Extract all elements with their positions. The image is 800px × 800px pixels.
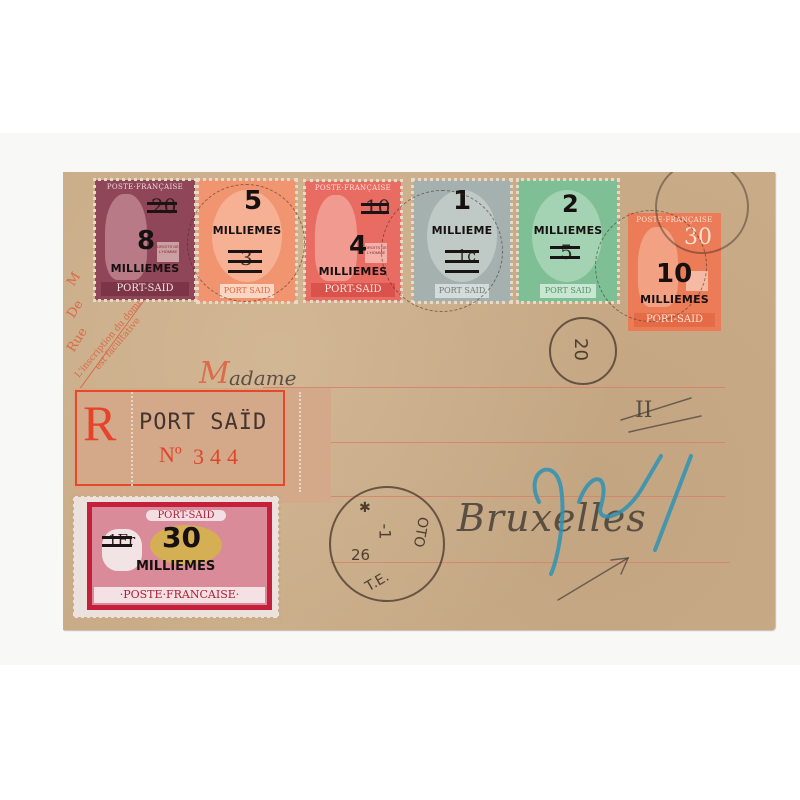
postal-card: M De Rue L'inscription du domicile est f… xyxy=(63,172,775,630)
pencil-strokes-overlay xyxy=(63,172,775,630)
arrow-shaft xyxy=(558,558,628,600)
pencil-dash-upper xyxy=(621,398,691,420)
blue-pencil-mark xyxy=(535,456,691,574)
pencil-dash-lower xyxy=(629,416,701,432)
